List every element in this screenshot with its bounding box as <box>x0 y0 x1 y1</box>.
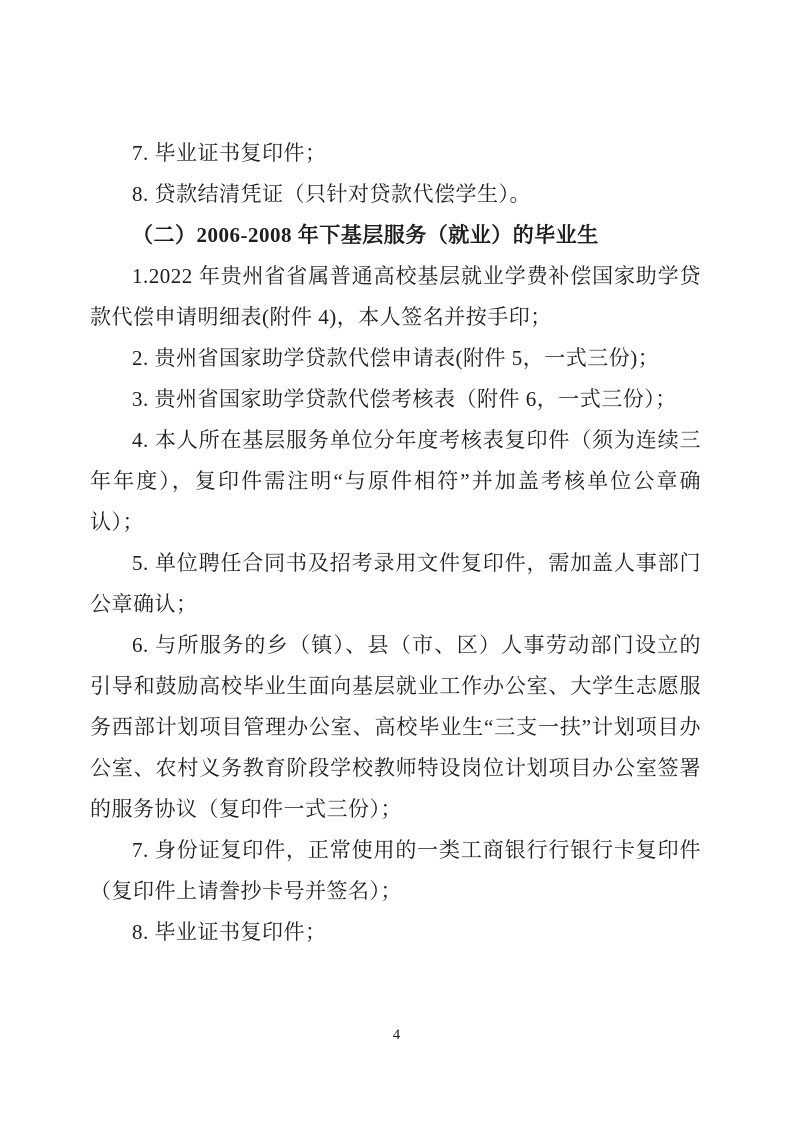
page-number: 4 <box>0 1026 793 1044</box>
list-item: 1.2022 年贵州省省属普通高校基层就业学费补偿国家助学贷款代偿申请明细表(附… <box>90 256 701 338</box>
list-item: 4. 本人所在基层服务单位分年度考核表复印件（须为连续三年年度），复印件需注明“… <box>90 420 701 543</box>
list-item: 8. 贷款结清凭证（只针对贷款代偿学生）。 <box>90 174 701 215</box>
section-heading: （二）2006-2008 年下基层服务（就业）的毕业生 <box>90 215 701 256</box>
list-item: 2. 贵州省国家助学贷款代偿申请表(附件 5，一式三份)； <box>90 338 701 379</box>
list-item: 7. 毕业证书复印件； <box>90 133 701 174</box>
list-item: 7. 身份证复印件，正常使用的一类工商银行行银行卡复印件（复印件上请誊抄卡号并签… <box>90 830 701 912</box>
list-item: 8. 毕业证书复印件； <box>90 912 701 953</box>
page-content: 7. 毕业证书复印件； 8. 贷款结清凭证（只针对贷款代偿学生）。 （二）200… <box>90 133 701 953</box>
list-item: 5. 单位聘任合同书及招考录用文件复印件，需加盖人事部门公章确认； <box>90 543 701 625</box>
list-item: 3. 贵州省国家助学贷款代偿考核表（附件 6，一式三份）； <box>90 379 701 420</box>
document-page: 7. 毕业证书复印件； 8. 贷款结清凭证（只针对贷款代偿学生）。 （二）200… <box>0 0 793 1122</box>
list-item: 6. 与所服务的乡（镇）、县（市、区）人事劳动部门设立的引导和鼓励高校毕业生面向… <box>90 625 701 830</box>
